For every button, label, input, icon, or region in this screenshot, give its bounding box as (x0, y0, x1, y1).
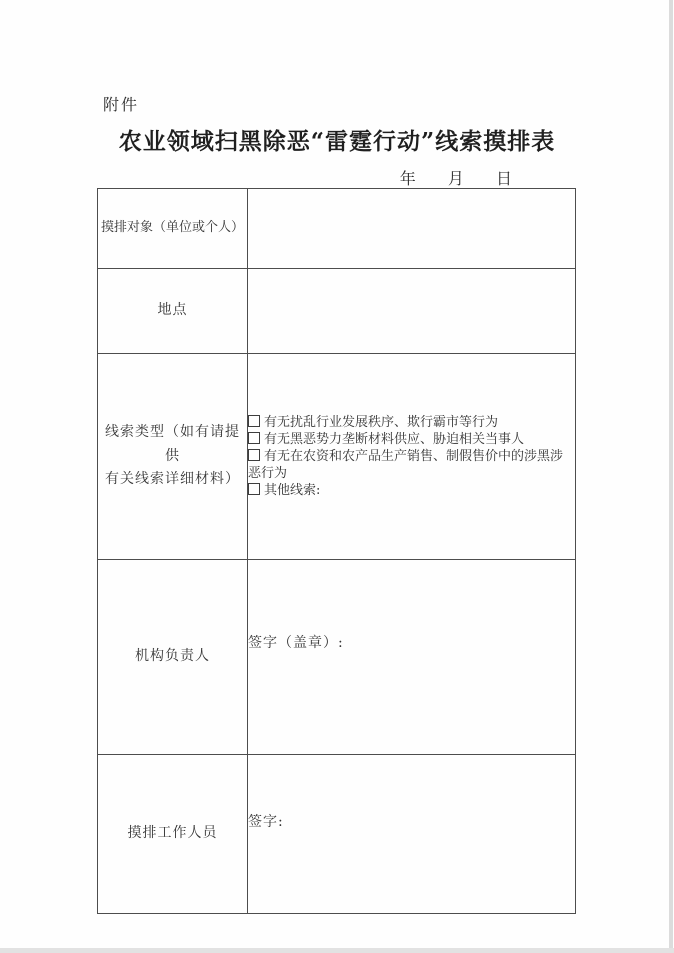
clue-investigation-table: 摸排对象（单位或个人） 地点 线索类型（如有请提供 有关线索详细材料） 有无扰乱… (97, 188, 576, 914)
signature-label: 签字: (248, 814, 284, 830)
date-year-label: 年 (400, 166, 416, 189)
clue-option: 有无扰乱行业发展秩序、欺行霸市等行为 (248, 414, 575, 431)
target-fill-cell (248, 189, 576, 269)
table-row-clue-type: 线索类型（如有请提供 有关线索详细材料） 有无扰乱行业发展秩序、欺行霸市等行为 … (98, 354, 576, 560)
clue-option-text: 有无黑恶势力垄断材料供应、胁迫相关当事人 (264, 432, 524, 447)
clue-options-cell: 有无扰乱行业发展秩序、欺行霸市等行为 有无黑恶势力垄断材料供应、胁迫相关当事人 … (248, 354, 576, 560)
checkbox-empty-icon (248, 483, 260, 495)
clue-option-text: 有无扰乱行业发展秩序、欺行霸市等行为 (264, 415, 498, 430)
table-row-location: 地点 (98, 269, 576, 354)
clue-option: 其他线索: (248, 482, 575, 499)
date-day-label: 日 (496, 166, 512, 189)
institution-signature-cell: 签字（盖章）: (248, 560, 576, 755)
row-label-target: 摸排对象（单位或个人） (98, 189, 248, 269)
scanned-document-page: 附件 农业领域扫黑除恶“雷霆行动”线索摸排表 年 月 日 摸排对象（单位或个人）… (0, 0, 674, 953)
table-row-institution-head: 机构负责人 签字（盖章）: (98, 560, 576, 755)
date-line: 年 月 日 (0, 166, 512, 189)
clue-option: 有无黑恶势力垄断材料供应、胁迫相关当事人 (248, 431, 575, 448)
row-label-clue-type: 线索类型（如有请提供 有关线索详细材料） (98, 354, 248, 560)
checkbox-empty-icon (248, 449, 260, 461)
staff-signature-cell: 签字: (248, 755, 576, 914)
attachment-label: 附件 (103, 92, 139, 115)
document-title: 农业领域扫黑除恶“雷霆行动”线索摸排表 (0, 123, 674, 156)
scan-edge-bottom (0, 948, 674, 953)
row-label-investigation-staff: 摸排工作人员 (98, 755, 248, 914)
clue-option-text: 其他线索: (264, 483, 320, 498)
clue-type-label-line1: 线索类型（如有请提供 (98, 421, 247, 469)
table-row-investigation-staff: 摸排工作人员 签字: (98, 755, 576, 914)
location-fill-cell (248, 269, 576, 354)
date-month-label: 月 (448, 166, 464, 189)
clue-option: 有无在农资和农产品生产销售、制假售价中的涉黑涉恶行为 (248, 448, 575, 482)
row-label-institution-head: 机构负责人 (98, 560, 248, 755)
clue-option-text: 有无在农资和农产品生产销售、制假售价中的涉黑涉恶行为 (248, 449, 563, 481)
checkbox-empty-icon (248, 415, 260, 427)
signature-seal-label: 签字（盖章）: (248, 635, 344, 651)
table-row-target: 摸排对象（单位或个人） (98, 189, 576, 269)
checkbox-empty-icon (248, 432, 260, 444)
clue-type-label-line2: 有关线索详细材料） (98, 468, 247, 492)
row-label-location: 地点 (98, 269, 248, 354)
